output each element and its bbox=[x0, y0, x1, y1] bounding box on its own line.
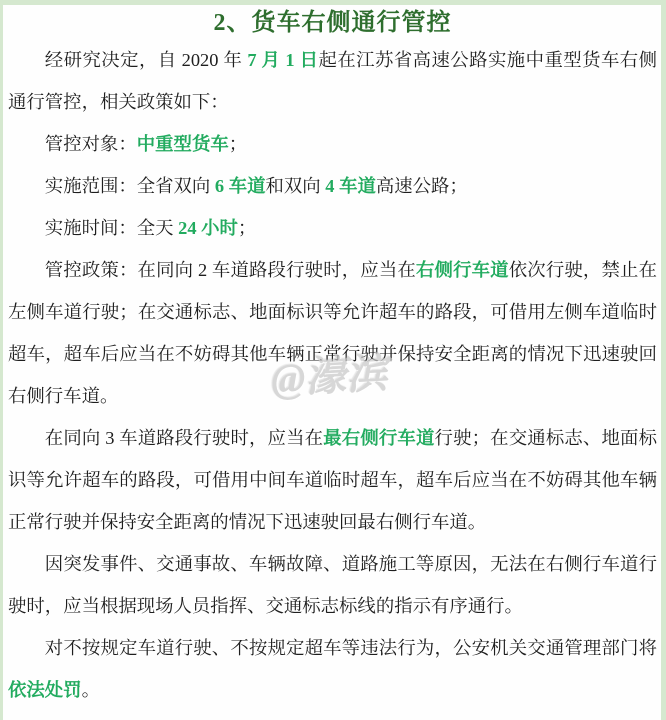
text-segment: ； bbox=[238, 218, 256, 238]
highlighted-text: 最右侧行车道 bbox=[323, 428, 434, 448]
article-title: 2、货车右侧通行管控 bbox=[8, 7, 657, 39]
text-segment: 在同向 3 车道路段行驶时，应当在 bbox=[45, 428, 323, 448]
paragraph: 实施时间：全天 24 小时； bbox=[8, 207, 657, 249]
paragraph: 实施范围：全省双向 6 车道和双向 4 车道高速公路； bbox=[8, 165, 657, 207]
text-segment: 和双向 bbox=[266, 176, 326, 196]
highlighted-text: 中重型货车 bbox=[137, 134, 229, 154]
paragraph: 管控对象：中重型货车； bbox=[8, 123, 657, 165]
paragraph: 经研究决定，自 2020 年 7 月 1 日起在江苏省高速公路实施中重型货车右侧… bbox=[8, 39, 657, 123]
paragraph: 对不按规定车道行驶、不按规定超车等违法行为，公安机关交通管理部门将依法处罚。 bbox=[8, 627, 657, 711]
article-page: 2、货车右侧通行管控 经研究决定，自 2020 年 7 月 1 日起在江苏省高速… bbox=[0, 0, 666, 720]
article-body: 经研究决定，自 2020 年 7 月 1 日起在江苏省高速公路实施中重型货车右侧… bbox=[8, 39, 657, 711]
text-segment: 因突发事件、交通事故、车辆故障、道路施工等原因，无法在右侧行车道行驶时，应当根据… bbox=[8, 554, 657, 616]
text-segment: 管控政策：在同向 2 车道路段行驶时，应当在 bbox=[45, 260, 416, 280]
text-segment: 实施范围：全省双向 bbox=[45, 176, 215, 196]
text-segment: 依次行驶，禁止在左侧车道行驶；在交通标志、地面标识等允许超车的路段，可借用左侧车… bbox=[8, 260, 657, 406]
highlighted-text: 6 车道 bbox=[215, 176, 266, 196]
paragraph: 在同向 3 车道路段行驶时，应当在最右侧行车道行驶；在交通标志、地面标识等允许超… bbox=[8, 417, 657, 543]
text-segment: 经研究决定，自 2020 年 bbox=[45, 50, 248, 70]
text-segment: 高速公路； bbox=[376, 176, 468, 196]
highlighted-text: 依法处罚 bbox=[8, 680, 82, 700]
text-segment: 。 bbox=[82, 680, 100, 700]
text-segment: 对不按规定车道行驶、不按规定超车等违法行为，公安机关交通管理部门将 bbox=[45, 638, 657, 658]
highlighted-text: 7 月 1 日 bbox=[247, 50, 318, 70]
highlighted-text: 右侧行车道 bbox=[416, 260, 509, 280]
text-segment: 管控对象： bbox=[45, 134, 137, 154]
text-segment: 实施时间：全天 bbox=[45, 218, 178, 238]
paragraph: 因突发事件、交通事故、车辆故障、道路施工等原因，无法在右侧行车道行驶时，应当根据… bbox=[8, 543, 657, 627]
highlighted-text: 24 小时 bbox=[178, 218, 238, 238]
paragraph: 管控政策：在同向 2 车道路段行驶时，应当在右侧行车道依次行驶，禁止在左侧车道行… bbox=[8, 249, 657, 417]
highlighted-text: 4 车道 bbox=[325, 176, 376, 196]
text-segment: ； bbox=[229, 134, 247, 154]
